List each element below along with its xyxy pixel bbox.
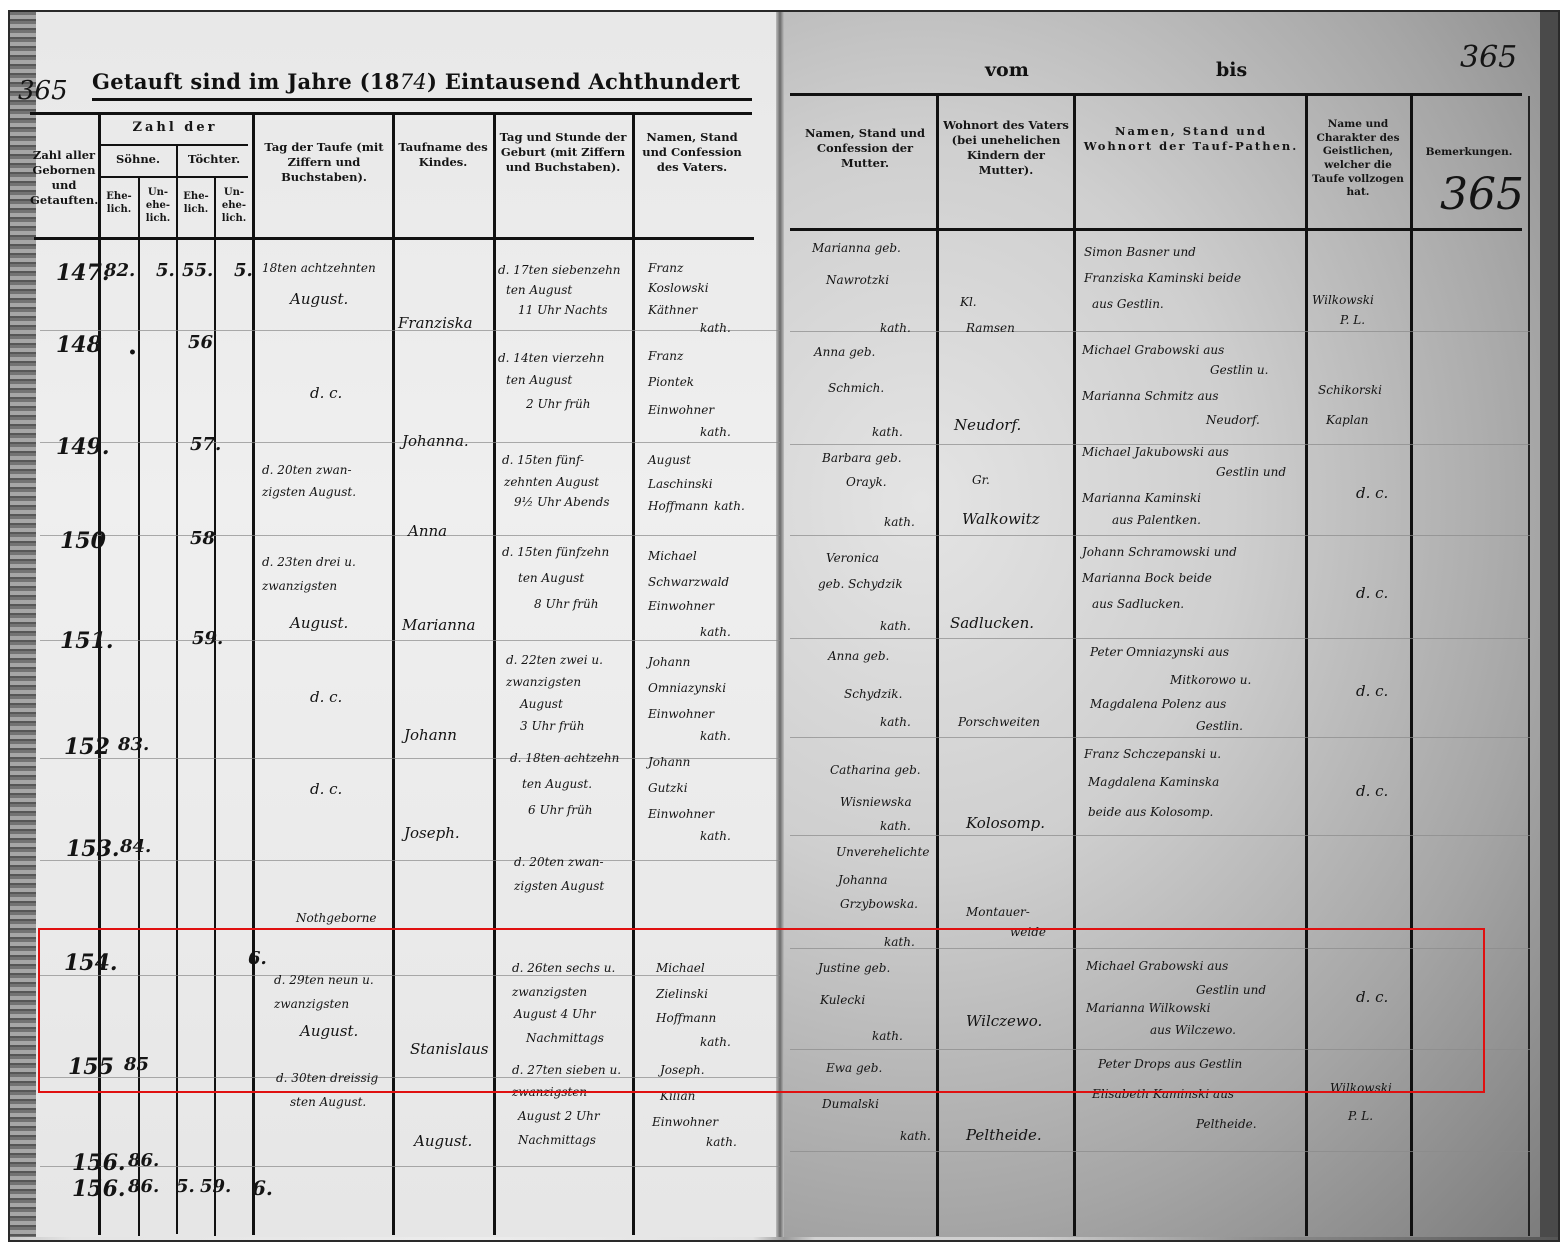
wohnort-line: Peltheide. (966, 1128, 1042, 1144)
header-tag-geburt: Tag und Stunde der Geburt (mit Ziffern u… (496, 130, 630, 175)
taufname: Johann (404, 728, 457, 744)
vater-line: kath. (700, 830, 731, 843)
pathen-line: Marianna Wilkowski (1086, 1002, 1210, 1015)
vater-line: Hoffmann (648, 500, 708, 513)
pathen-line: Franz Schczepanski u. (1084, 748, 1221, 761)
header-tag-der-taufe: Tag der Taufe (mit Ziffern und Buchstabe… (258, 140, 390, 185)
mutter-line: kath. (900, 1130, 931, 1143)
taufe-line: zwanzigsten (262, 580, 337, 593)
toechter-unehelich-count: 6. (248, 950, 267, 969)
geburt-line: d. 14ten vierzehn (498, 352, 604, 365)
col-divider (632, 115, 635, 1235)
mutter-line: Dumalski (822, 1098, 879, 1111)
bis-label: bis (1216, 60, 1247, 82)
entry-number: 151. (60, 630, 114, 653)
pathen-line: beide aus Kolosomp. (1088, 806, 1213, 819)
vater-line: Joseph. (660, 1064, 705, 1077)
mutter-line: Schmich. (828, 382, 884, 395)
vater-line: Omniazynski (648, 682, 726, 695)
geburt-line: 3 Uhr früh (520, 720, 584, 733)
pathen-line: Michael Grabowski aus (1082, 344, 1224, 357)
geburt-line: zigsten August (514, 880, 604, 893)
dot-mark: • (128, 346, 137, 361)
pathen-line: Marianna Bock beide (1082, 572, 1212, 585)
toechter-ehelich-count: 57. (190, 436, 221, 455)
taufe-date: 18ten achtzehnten (262, 262, 376, 275)
col-divider (176, 144, 178, 1234)
vater-line: kath. (700, 730, 731, 743)
header-toechter-ehelich: Ehe-lich. (178, 190, 214, 216)
pathen-line: Magdalena Polenz aus (1090, 698, 1226, 711)
geburt-line: ten August (506, 374, 572, 387)
geburt-line: ten August. (522, 778, 592, 791)
page-number-left: 365 (18, 78, 68, 105)
col-divider (1528, 96, 1530, 1236)
pathen-line: Simon Basner und (1084, 246, 1196, 259)
vater-line: Piontek (648, 376, 694, 389)
entry-number: 147. (56, 262, 110, 285)
geburt-line: August 2 Uhr (518, 1110, 600, 1123)
soehne-ehelich-count: 82. (104, 262, 135, 281)
header-wohnort: Wohnort des Vaters (bei unehelichen Kind… (940, 118, 1072, 178)
pathen-line: Gestlin und (1216, 466, 1286, 479)
vater-line: Einwohner (652, 1116, 718, 1129)
geburt-line: zwanzigsten (512, 986, 587, 999)
vater-line: Kilian (660, 1090, 695, 1103)
mutter-line: Kulecki (820, 994, 865, 1007)
wohnort-line: Montauer- (966, 906, 1030, 919)
geistlicher-line: d. c. (1356, 684, 1388, 700)
entry-number: 152 (64, 736, 110, 759)
vater-line: Hoffmann (656, 1012, 716, 1025)
toechter-ehelich-count: 56 (188, 334, 213, 353)
mutter-line: kath. (884, 936, 915, 949)
geburt-line: zwanzigsten (506, 676, 581, 689)
geistlicher-line: P. L. (1340, 314, 1365, 327)
row-rule (790, 535, 1530, 536)
pathen-line: Franziska Kaminski beide (1084, 272, 1241, 285)
col-divider (1305, 96, 1308, 1236)
geburt-line: zwanzigsten (512, 1086, 587, 1099)
page-title-left: Getauft sind im Jahre (1874) Eintausend … (92, 70, 740, 94)
geistlicher-line: d. c. (1356, 990, 1388, 1006)
wohnort-line: Wilczewo. (966, 1014, 1042, 1030)
pathen-line: Peltheide. (1196, 1118, 1257, 1131)
geburt-line: Nachmittags (526, 1032, 604, 1045)
toechter-ehelich-count: 58 (190, 530, 215, 549)
header-geistlicher: Name und Charakter des Geistlichen, welc… (1308, 118, 1408, 200)
header-soehne: Söhne. (100, 152, 176, 167)
mutter-line: Orayk. (846, 476, 887, 489)
geburt-line: d. 26ten sechs u. (512, 962, 615, 975)
entry-number: 149. (56, 436, 110, 459)
pathen-line: Marianna Kaminski (1082, 492, 1201, 505)
wohnort-line: Neudorf. (954, 418, 1021, 434)
pathen-line: Marianna Schmitz aus (1082, 390, 1218, 403)
taufe-month: August. (290, 292, 348, 308)
row-rule (40, 975, 780, 976)
geburt-line: 9½ Uhr Abends (514, 496, 610, 509)
header-toechter: Töchter. (178, 152, 250, 167)
mutter-line: Catharina geb. (830, 764, 921, 777)
total-toechter-ehelich: 59. (200, 1178, 231, 1197)
vater-line: kath. (700, 1036, 731, 1049)
vater-line: kath. (706, 1136, 737, 1149)
entry-number: 153. (66, 838, 120, 861)
soehne-ehelich-count: 84. (120, 838, 151, 857)
geburt-line: d. 15ten fünfzehn (502, 546, 609, 559)
mutter-line: Anna geb. (828, 650, 889, 663)
col-divider (936, 96, 939, 1236)
page-number-right: 365 (1460, 42, 1517, 74)
soehne-ehelich-count: 85 (124, 1056, 149, 1075)
geburt-line: 11 Uhr Nachts (518, 304, 608, 317)
col-divider (1073, 96, 1076, 1236)
wohnort-line: weide (1010, 926, 1046, 939)
pathen-line: Elisabeth Kaminski aus (1092, 1088, 1234, 1101)
pathen-line: aus Wilczewo. (1150, 1024, 1236, 1037)
mutter-line: Wisniewska (840, 796, 912, 809)
row-rule (790, 737, 1530, 738)
mutter-line: kath. (880, 820, 911, 833)
book-edge-right (1540, 12, 1558, 1237)
taufe-line: sten August. (290, 1096, 366, 1109)
mutter-line: kath. (880, 620, 911, 633)
vom-label: vom (985, 60, 1029, 82)
header-zahl-aller: Zahl aller Gebornen und Getauften. (30, 148, 98, 208)
title-suffix: ) Eintausend Achthundert (427, 69, 740, 94)
row-rule (790, 638, 1530, 639)
header-taufname: Taufname des Kindes. (396, 140, 490, 170)
wohnort-line: Kl. (960, 296, 977, 309)
entry-number: 150 (60, 530, 106, 553)
mutter-line: Johanna (838, 874, 888, 887)
vater-line: Johann (648, 756, 690, 769)
taufe-line: August. (290, 616, 348, 632)
vater-line: kath. (700, 426, 731, 439)
pathen-line: aus Gestlin. (1092, 298, 1164, 311)
geburt-line: ten August (506, 284, 572, 297)
vater-line: Einwohner (648, 708, 714, 721)
mutter-line: kath. (872, 1030, 903, 1043)
header-soehne-unehelich: Un-ehe-lich. (140, 186, 176, 225)
mutter-line: kath. (880, 716, 911, 729)
pathen-line: aus Sadlucken. (1092, 598, 1184, 611)
header-zahl-der: Zahl der (100, 120, 250, 137)
vater-line: kath. (714, 500, 745, 513)
taufname: Joseph. (404, 826, 460, 842)
pathen-line: Gestlin und (1196, 984, 1266, 997)
row-rule (40, 860, 780, 861)
row-rule (40, 640, 780, 641)
vater-line: Franz (648, 350, 683, 363)
pathen-line: Johann Schramowski und (1082, 546, 1237, 559)
mutter-line: kath. (872, 426, 903, 439)
geburt-line: ten August (518, 572, 584, 585)
header-top-rule-left (30, 112, 752, 115)
entry-number: 148 (56, 334, 102, 357)
header-mutter: Namen, Stand und Confession der Mutter. (796, 126, 934, 171)
taufe-line: d. 29ten neun u. (274, 974, 374, 987)
row-rule (790, 1049, 1530, 1050)
geistlicher-line: d. c. (1356, 784, 1388, 800)
taufe-line: zigsten August. (262, 486, 356, 499)
vater-line: Schwarzwald (648, 576, 729, 589)
taufe-line: Nothgeborne (296, 912, 377, 925)
taufname: Stanislaus (410, 1042, 489, 1058)
toechter-unehelich-count: 5. (234, 262, 253, 281)
toechter-ehelich-count: 55. (182, 262, 213, 281)
geburt-line: August 4 Uhr (514, 1008, 596, 1021)
vater-line: Einwohner (648, 404, 714, 417)
total-soehne-ehelich: 86. (128, 1178, 159, 1197)
taufe-line: d. 30ten dreissig (276, 1072, 378, 1085)
taufe-line: August. (300, 1024, 358, 1040)
taufe-date: d. c. (310, 690, 342, 706)
soehne-toechter-rule (100, 176, 248, 178)
col-divider (1410, 96, 1413, 1236)
soehne-ehelich-count: 83. (118, 736, 149, 755)
mutter-line: Schydzik. (844, 688, 902, 701)
vater-line: Laschinski (648, 478, 713, 491)
total-soehne-1: 86. (128, 1152, 159, 1171)
geistlicher-line: Kaplan (1326, 414, 1369, 427)
geburt-line: 8 Uhr früh (534, 598, 598, 611)
year-handwritten: 74 (400, 70, 427, 94)
row-rule (790, 835, 1530, 836)
geistlicher-line: Schikorski (1318, 384, 1382, 397)
pathen-line: Gestlin u. (1210, 364, 1268, 377)
vater-line: Johann (648, 656, 690, 669)
taufe-date: d. c. (310, 782, 342, 798)
title-rule-left (92, 98, 752, 101)
pathen-line: Magdalena Kaminska (1088, 776, 1219, 789)
soehne-unehelich-count: 5. (156, 262, 175, 281)
taufe-date: d. c. (310, 386, 342, 402)
geburt-line: August (520, 698, 563, 711)
book-gutter (776, 12, 784, 1237)
vater-line: Zielinski (656, 988, 708, 1001)
wohnort-line: Kolosomp. (966, 816, 1045, 832)
vater-line: Koslowski (648, 282, 709, 295)
total-number-2: 156. (72, 1178, 126, 1201)
vater-line: kath. (700, 626, 731, 639)
header-soehne-ehelich: Ehe-lich. (100, 190, 138, 216)
taufname: Marianna (402, 618, 475, 634)
vater-line: August (648, 454, 691, 467)
vater-line: Einwohner (648, 808, 714, 821)
wohnort-line: Sadlucken. (950, 616, 1034, 632)
geburt-line: d. 20ten zwan- (514, 856, 604, 869)
entry-number: 154. (64, 952, 118, 975)
geburt-line: 6 Uhr früh (528, 804, 592, 817)
mutter-line: geb. Schydzik (818, 578, 903, 591)
wohnort-line: Walkowitz (962, 512, 1040, 528)
zahl-der-rule (100, 144, 248, 146)
row-rule (40, 1077, 780, 1078)
geburt-line: d. 27ten sieben u. (512, 1064, 621, 1077)
taufname: Anna (408, 524, 447, 540)
mutter-line: Unverehelichte (836, 846, 929, 859)
geburt-line: zehnten August (504, 476, 599, 489)
col-divider (252, 115, 255, 1235)
row-rule (790, 1151, 1530, 1152)
header-pathen: Namen, Stand und Wohnort der Tauf-Pathen… (1078, 124, 1304, 154)
pathen-line: Peter Drops aus Gestlin (1098, 1058, 1242, 1071)
vater-line: Einwohner (648, 600, 714, 613)
pathen-line: Michael Jakubowski aus (1082, 446, 1229, 459)
total-number-1: 156. (72, 1152, 126, 1175)
title-prefix: Getauft sind im Jahre (18 (92, 69, 400, 94)
geburt-line: d. 22ten zwei u. (506, 654, 603, 667)
entry-number: 155 (68, 1056, 114, 1079)
wohnort-line: Ramsen (966, 322, 1015, 335)
geistlicher-line: Wilkowski (1312, 294, 1374, 307)
vater-line: Gutzki (648, 782, 688, 795)
geburt-line: d. 17ten siebenzehn (498, 264, 621, 277)
taufname: Johanna. (402, 434, 469, 450)
vater-line: Franz (648, 262, 683, 275)
pathen-line: Mitkorowo u. (1170, 674, 1251, 687)
taufe-line: d. 20ten zwan- (262, 464, 352, 477)
pathen-line: Peter Omniazynski aus (1090, 646, 1229, 659)
mutter-line: Justine geb. (818, 962, 890, 975)
header-vater: Namen, Stand und Confession des Vaters. (636, 130, 748, 175)
mutter-line: Barbara geb. (822, 452, 902, 465)
geistlicher-line: d. c. (1356, 486, 1388, 502)
pathen-line: Neudorf. (1206, 414, 1260, 427)
geburt-line: d. 15ten fünf- (502, 454, 584, 467)
geburt-line: d. 18ten achtzehn (510, 752, 619, 765)
wohnort-line: Porschweiten (958, 716, 1040, 729)
mutter-line: kath. (880, 322, 911, 335)
mutter-line: Veronica (826, 552, 879, 565)
pathen-line: Michael Grabowski aus (1086, 960, 1228, 973)
wohnort-line: Gr. (972, 474, 990, 487)
total-soehne-unehelich: 5. (176, 1178, 195, 1197)
pathen-line: Gestlin. (1196, 720, 1243, 733)
header-bemerkungen: Bemerkungen. (1414, 146, 1524, 160)
toechter-ehelich-count: 59. (192, 630, 223, 649)
mutter-line: Anna geb. (814, 346, 875, 359)
taufe-line: d. 23ten drei u. (262, 556, 356, 569)
mutter-line: kath. (884, 516, 915, 529)
pathen-line: aus Palentken. (1112, 514, 1201, 527)
vater-line: Michael (656, 962, 705, 975)
geistlicher-line: d. c. (1356, 586, 1388, 602)
mutter-line: Grzybowska. (840, 898, 918, 911)
mutter-line: Nawrotzki (826, 274, 889, 287)
geburt-line: Nachmittags (518, 1134, 596, 1147)
mutter-line: Marianna geb. (812, 242, 901, 255)
geburt-line: 2 Uhr früh (526, 398, 590, 411)
vater-line: kath. (700, 322, 731, 335)
taufname: August. (414, 1134, 472, 1150)
col-divider (392, 115, 395, 1235)
total-toechter-unehelich: 6. (252, 1178, 273, 1199)
vater-line: Michael (648, 550, 697, 563)
taufe-line: zwanzigsten (274, 998, 349, 1011)
geistlicher-line: Wilkowski (1330, 1082, 1392, 1095)
mutter-line: Ewa geb. (826, 1062, 882, 1075)
vater-line: Käthner (648, 304, 697, 317)
page-number-right-large: 365 (1440, 172, 1524, 218)
col-divider (493, 115, 496, 1235)
header-toechter-unehelich: Un-ehe-lich. (216, 186, 252, 225)
taufname: Franziska (398, 316, 473, 332)
geistlicher-line: P. L. (1348, 1110, 1373, 1123)
